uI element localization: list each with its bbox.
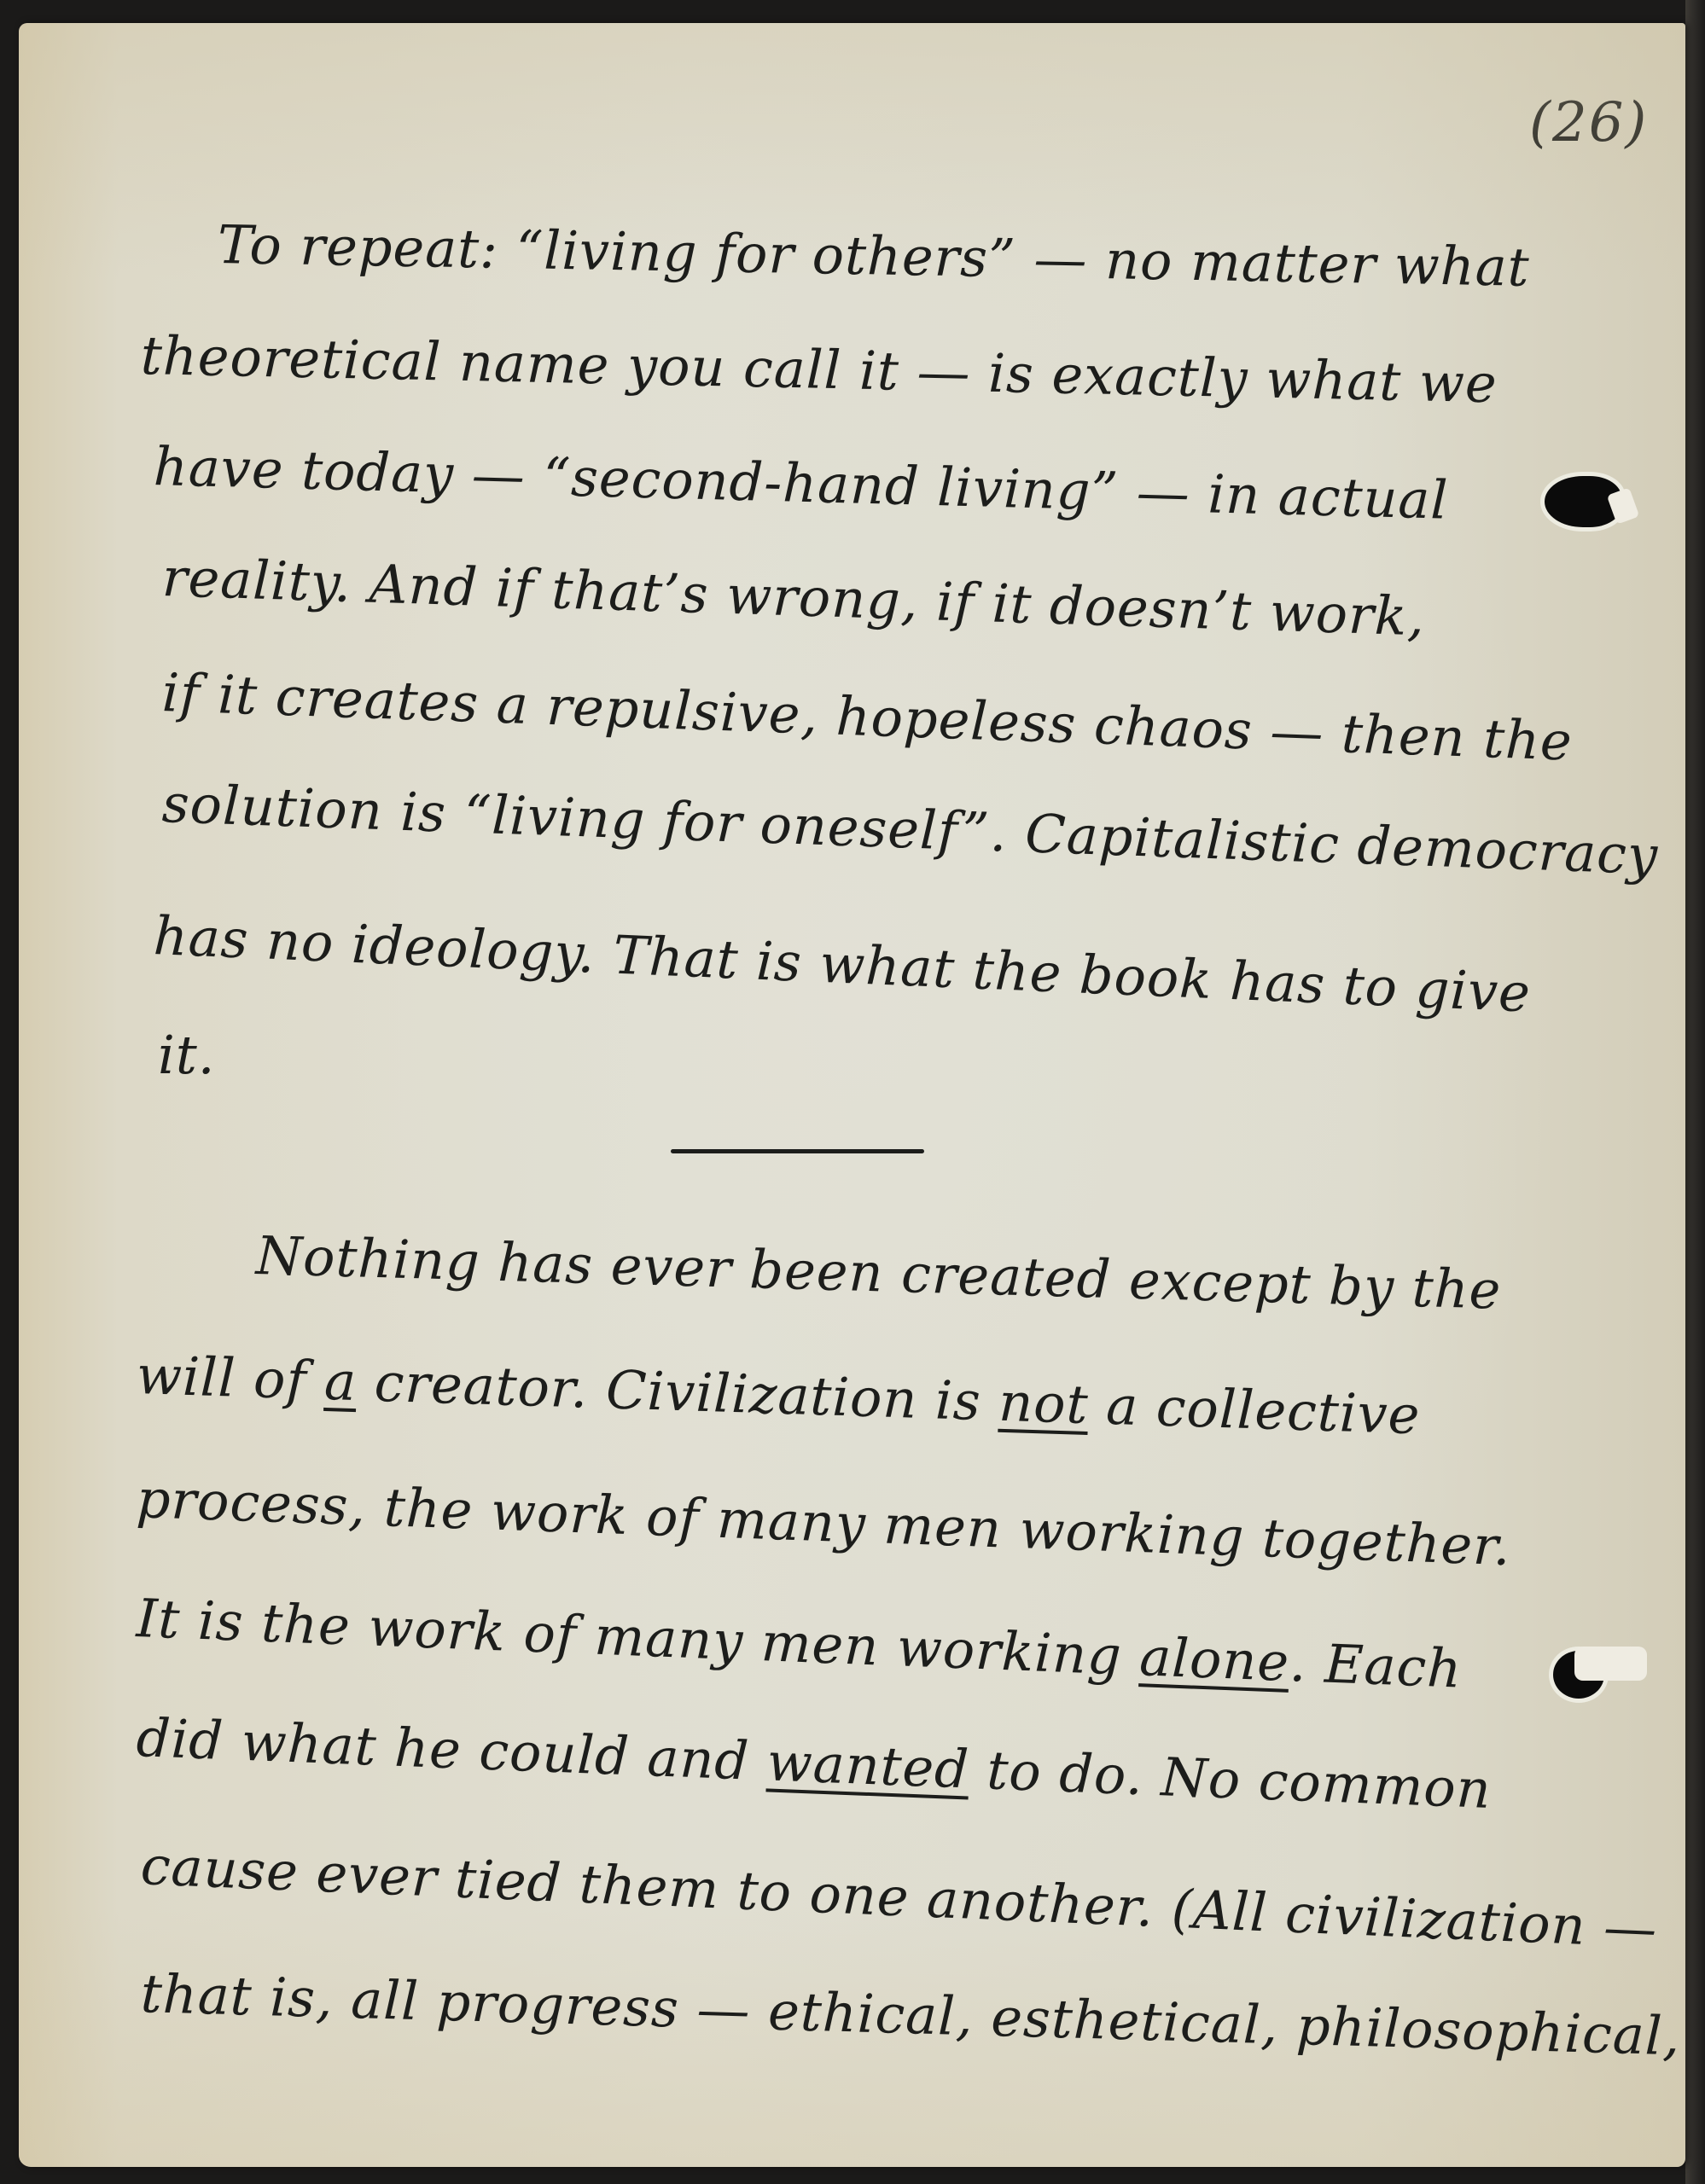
line-text: will of <box>136 1344 325 1412</box>
scan-edge-shadow <box>1685 0 1705 2184</box>
underlined-word: alone <box>1138 1625 1290 1693</box>
section-divider <box>671 1149 924 1153</box>
underlined-word: not <box>998 1371 1089 1436</box>
line-text: . Each <box>1289 1631 1464 1700</box>
page-number: (26) <box>1529 91 1648 154</box>
line-text: a collective <box>1087 1374 1421 1446</box>
paragraph-1-line-8: it. <box>158 1024 215 1086</box>
torn-paper-lower <box>1574 1647 1647 1681</box>
underlined-word: wanted <box>765 1730 970 1800</box>
underlined-word: a <box>323 1350 358 1413</box>
